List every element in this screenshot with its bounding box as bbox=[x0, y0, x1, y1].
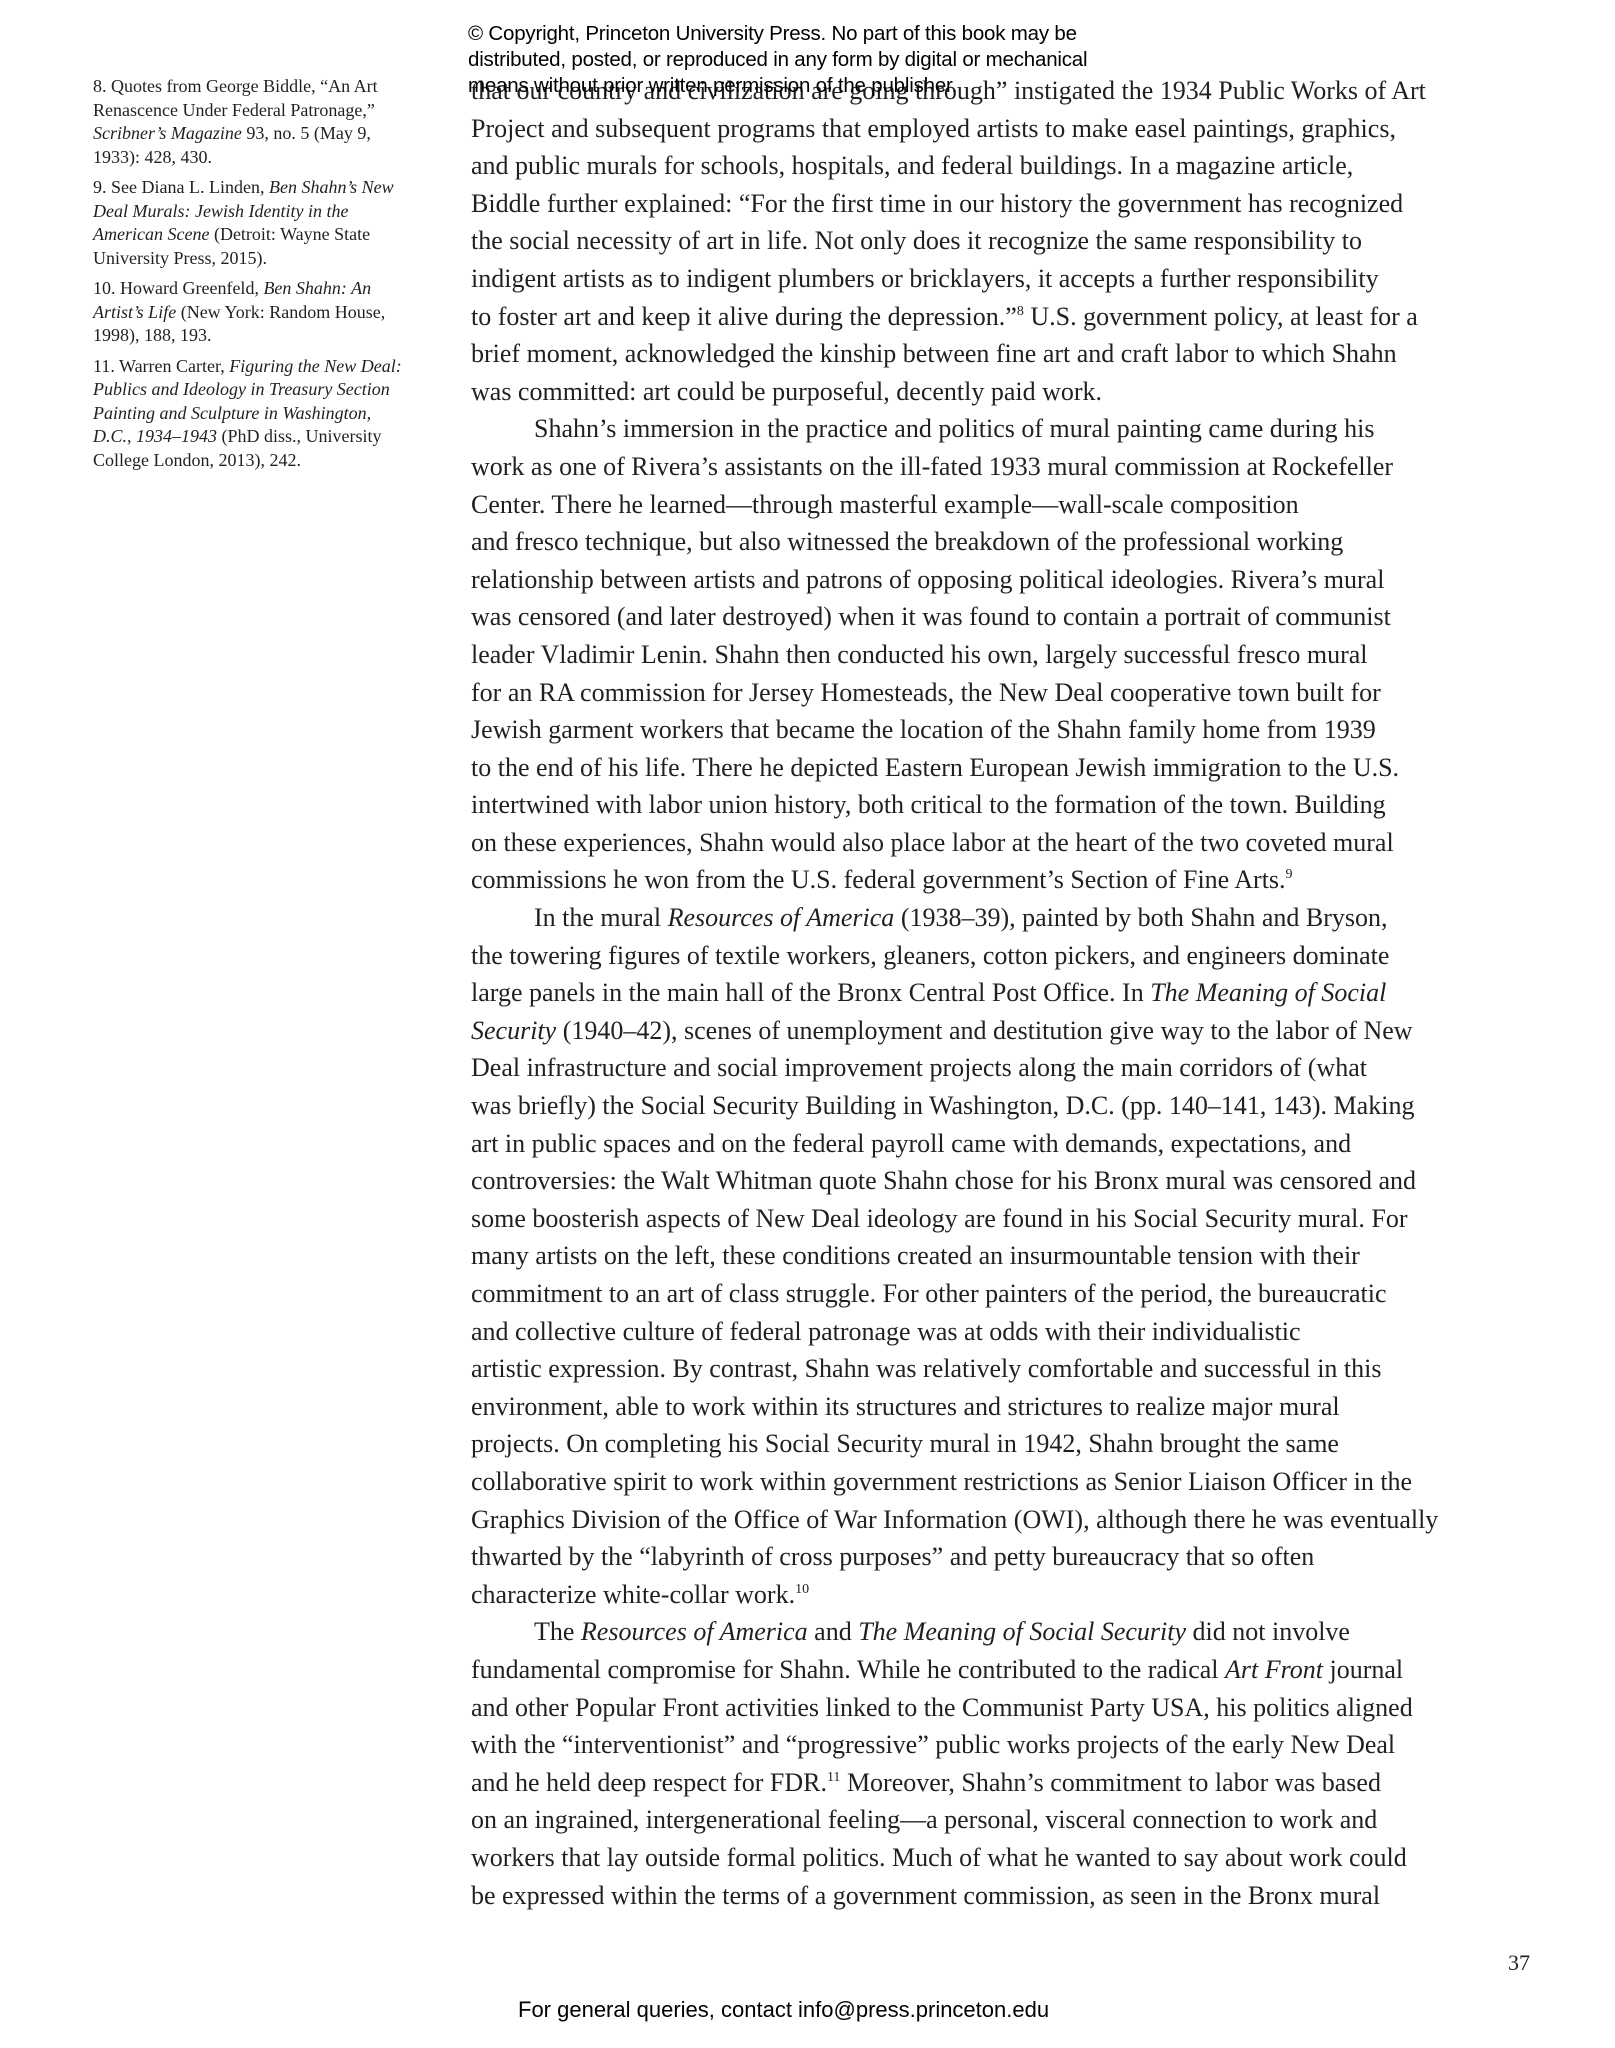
text-run: and public murals for schools, hospitals… bbox=[471, 151, 1353, 180]
text-line: with the “interventionist” and “progress… bbox=[471, 1726, 1571, 1764]
footnote-ref: 10 bbox=[795, 1582, 809, 1597]
text-run: Deal infrastructure and social improveme… bbox=[471, 1053, 1367, 1082]
text-line: and fresco technique, but also witnessed… bbox=[471, 523, 1571, 561]
contact-footer: For general queries, contact info@press.… bbox=[518, 1997, 1049, 2023]
text-line: on these experiences, Shahn would also p… bbox=[471, 824, 1571, 862]
text-line: Project and subsequent programs that emp… bbox=[471, 110, 1571, 148]
copyright-line: means without prior written permission o… bbox=[468, 73, 1188, 99]
text-line: on an ingrained, intergenerational feeli… bbox=[471, 1801, 1571, 1839]
text-line: was censored (and later destroyed) when … bbox=[471, 598, 1571, 636]
text-line: many artists on the left, these conditio… bbox=[471, 1237, 1571, 1275]
text-run: did not involve bbox=[1186, 1617, 1350, 1646]
footnote-text: Quotes from George Biddle, “An Art Renas… bbox=[93, 76, 378, 120]
text-run: collaborative spirit to work within gove… bbox=[471, 1467, 1412, 1496]
italic-title: Security bbox=[471, 1016, 556, 1045]
text-run: In the mural bbox=[534, 903, 668, 932]
text-line: environment, able to work within its str… bbox=[471, 1388, 1571, 1426]
text-run: with the “interventionist” and “progress… bbox=[471, 1730, 1395, 1759]
italic-title: The Meaning of Social Security bbox=[858, 1617, 1186, 1646]
text-run: (1938–39), painted by both Shahn and Bry… bbox=[894, 903, 1387, 932]
text-line: the towering figures of textile workers,… bbox=[471, 937, 1571, 975]
footnote-title: Scribner’s Magazine bbox=[93, 123, 242, 143]
italic-title: Resources of America bbox=[668, 903, 895, 932]
text-run: to foster art and keep it alive during t… bbox=[471, 302, 1017, 331]
text-line: some boosterish aspects of New Deal ideo… bbox=[471, 1200, 1571, 1238]
text-run: brief moment, acknowledged the kinship b… bbox=[471, 339, 1397, 368]
text-line: intertwined with labor union history, bo… bbox=[471, 786, 1571, 824]
text-run: and other Popular Front activities linke… bbox=[471, 1693, 1413, 1722]
text-run: the towering figures of textile workers,… bbox=[471, 941, 1389, 970]
italic-title: The Meaning of Social bbox=[1150, 978, 1386, 1007]
text-run: relationship between artists and patrons… bbox=[471, 565, 1384, 594]
text-line: be expressed within the terms of a gover… bbox=[471, 1877, 1571, 1915]
text-run: workers that lay outside formal politics… bbox=[471, 1843, 1407, 1872]
italic-title: Art Front bbox=[1225, 1655, 1323, 1684]
footnote-text: Warren Carter, bbox=[115, 356, 229, 376]
text-run: work as one of Rivera’s assistants on th… bbox=[471, 452, 1393, 481]
footnote-10: 10. Howard Greenfeld, Ben Shahn: An Arti… bbox=[93, 277, 413, 348]
text-run: to the end of his life. There he depicte… bbox=[471, 753, 1399, 782]
text-line: Graphics Division of the Office of War I… bbox=[471, 1501, 1571, 1539]
text-line: was briefly) the Social Security Buildin… bbox=[471, 1087, 1571, 1125]
main-body-text: that our country and civilization are go… bbox=[471, 72, 1571, 1914]
text-run: journal bbox=[1323, 1655, 1403, 1684]
copyright-notice: © Copyright, Princeton University Press.… bbox=[468, 21, 1188, 99]
copyright-line: © Copyright, Princeton University Press.… bbox=[468, 21, 1188, 47]
text-run: (1940–42), scenes of unemployment and de… bbox=[556, 1016, 1412, 1045]
text-line: characterize white-collar work.10 bbox=[471, 1576, 1571, 1614]
text-line: Shahn’s immersion in the practice and po… bbox=[471, 410, 1571, 448]
text-line: art in public spaces and on the federal … bbox=[471, 1125, 1571, 1163]
text-line: the social necessity of art in life. Not… bbox=[471, 222, 1571, 260]
text-line: and public murals for schools, hospitals… bbox=[471, 147, 1571, 185]
text-line: Jewish garment workers that became the l… bbox=[471, 711, 1571, 749]
text-run: was committed: art could be purposeful, … bbox=[471, 377, 1102, 406]
text-line: and collective culture of federal patron… bbox=[471, 1313, 1571, 1351]
text-line: and he held deep respect for FDR.11 More… bbox=[471, 1764, 1571, 1802]
text-run: and he held deep respect for FDR. bbox=[471, 1768, 827, 1797]
text-line: indigent artists as to indigent plumbers… bbox=[471, 260, 1571, 298]
text-line: artistic expression. By contrast, Shahn … bbox=[471, 1350, 1571, 1388]
text-line: was committed: art could be purposeful, … bbox=[471, 373, 1571, 411]
text-run: and fresco technique, but also witnessed… bbox=[471, 527, 1343, 556]
text-run: environment, able to work within its str… bbox=[471, 1392, 1340, 1421]
text-run: indigent artists as to indigent plumbers… bbox=[471, 264, 1379, 293]
footnote-8: 8. Quotes from George Biddle, “An Art Re… bbox=[93, 75, 413, 169]
page-number: 37 bbox=[1508, 1950, 1530, 1976]
text-line: Security (1940–42), scenes of unemployme… bbox=[471, 1012, 1571, 1050]
text-run: on an ingrained, intergenerational feeli… bbox=[471, 1805, 1377, 1834]
text-line: brief moment, acknowledged the kinship b… bbox=[471, 335, 1571, 373]
footnotes-column: 8. Quotes from George Biddle, “An Art Re… bbox=[93, 75, 413, 479]
footnote-number: 11. bbox=[93, 356, 115, 376]
text-line: workers that lay outside formal politics… bbox=[471, 1839, 1571, 1877]
text-line: large panels in the main hall of the Bro… bbox=[471, 974, 1571, 1012]
text-line: to foster art and keep it alive during t… bbox=[471, 298, 1571, 336]
text-run: leader Vladimir Lenin. Shahn then conduc… bbox=[471, 640, 1368, 669]
footnote-ref: 11 bbox=[827, 1770, 840, 1785]
text-line: The Resources of America and The Meaning… bbox=[471, 1613, 1571, 1651]
text-line: relationship between artists and patrons… bbox=[471, 561, 1571, 599]
footnote-text: Howard Greenfeld, bbox=[116, 278, 264, 298]
text-run: intertwined with labor union history, bo… bbox=[471, 790, 1386, 819]
footnote-text: See Diana L. Linden, bbox=[107, 177, 269, 197]
footnote-number: 9. bbox=[93, 177, 107, 197]
text-run: characterize white-collar work. bbox=[471, 1580, 795, 1609]
text-line: thwarted by the “labyrinth of cross purp… bbox=[471, 1538, 1571, 1576]
text-run: art in public spaces and on the federal … bbox=[471, 1129, 1351, 1158]
text-run: projects. On completing his Social Secur… bbox=[471, 1429, 1339, 1458]
footnote-9: 9. See Diana L. Linden, Ben Shahn’s New … bbox=[93, 176, 413, 270]
text-line: and other Popular Front activities linke… bbox=[471, 1689, 1571, 1727]
text-run: fundamental compromise for Shahn. While … bbox=[471, 1655, 1225, 1684]
footnote-number: 10. bbox=[93, 278, 116, 298]
text-run: Jewish garment workers that became the l… bbox=[471, 715, 1376, 744]
footnote-ref: 9 bbox=[1286, 867, 1293, 882]
text-run: and collective culture of federal patron… bbox=[471, 1317, 1301, 1346]
text-line: for an RA commission for Jersey Homestea… bbox=[471, 674, 1571, 712]
text-line: Biddle further explained: “For the first… bbox=[471, 185, 1571, 223]
text-run: Biddle further explained: “For the first… bbox=[471, 189, 1403, 218]
text-run: Shahn’s immersion in the practice and po… bbox=[534, 414, 1374, 443]
text-run: Moreover, Shahn’s commitment to labor wa… bbox=[840, 1768, 1381, 1797]
text-run: on these experiences, Shahn would also p… bbox=[471, 828, 1394, 857]
text-line: leader Vladimir Lenin. Shahn then conduc… bbox=[471, 636, 1571, 674]
text-line: commissions he won from the U.S. federal… bbox=[471, 861, 1571, 899]
text-run: commissions he won from the U.S. federal… bbox=[471, 865, 1286, 894]
text-run: many artists on the left, these conditio… bbox=[471, 1241, 1360, 1270]
text-run: was censored (and later destroyed) when … bbox=[471, 602, 1391, 631]
text-line: to the end of his life. There he depicte… bbox=[471, 749, 1571, 787]
text-run: and bbox=[808, 1617, 859, 1646]
italic-title: Resources of America bbox=[581, 1617, 808, 1646]
text-run: for an RA commission for Jersey Homestea… bbox=[471, 678, 1381, 707]
text-run: the social necessity of art in life. Not… bbox=[471, 226, 1362, 255]
footnote-number: 8. bbox=[93, 76, 107, 96]
text-line: fundamental compromise for Shahn. While … bbox=[471, 1651, 1571, 1689]
text-run: some boosterish aspects of New Deal ideo… bbox=[471, 1204, 1408, 1233]
text-line: Center. There he learned—through masterf… bbox=[471, 486, 1571, 524]
text-line: commitment to an art of class struggle. … bbox=[471, 1275, 1571, 1313]
text-line: projects. On completing his Social Secur… bbox=[471, 1425, 1571, 1463]
text-run: Graphics Division of the Office of War I… bbox=[471, 1505, 1438, 1534]
text-run: U.S. government policy, at least for a bbox=[1024, 302, 1418, 331]
text-line: work as one of Rivera’s assistants on th… bbox=[471, 448, 1571, 486]
footnote-11: 11. Warren Carter, Figuring the New Deal… bbox=[93, 355, 413, 473]
text-run: The bbox=[534, 1617, 581, 1646]
text-run: was briefly) the Social Security Buildin… bbox=[471, 1091, 1414, 1120]
footnote-ref: 8 bbox=[1017, 304, 1024, 319]
text-run: controversies: the Walt Whitman quote Sh… bbox=[471, 1166, 1416, 1195]
text-line: Deal infrastructure and social improveme… bbox=[471, 1049, 1571, 1087]
text-run: Center. There he learned—through masterf… bbox=[471, 490, 1299, 519]
text-line: In the mural Resources of America (1938–… bbox=[471, 899, 1571, 937]
text-line: controversies: the Walt Whitman quote Sh… bbox=[471, 1162, 1571, 1200]
text-run: be expressed within the terms of a gover… bbox=[471, 1881, 1380, 1910]
text-run: thwarted by the “labyrinth of cross purp… bbox=[471, 1542, 1314, 1571]
text-run: commitment to an art of class struggle. … bbox=[471, 1279, 1386, 1308]
text-run: Project and subsequent programs that emp… bbox=[471, 114, 1396, 143]
text-run: large panels in the main hall of the Bro… bbox=[471, 978, 1150, 1007]
text-line: collaborative spirit to work within gove… bbox=[471, 1463, 1571, 1501]
text-run: artistic expression. By contrast, Shahn … bbox=[471, 1354, 1382, 1383]
copyright-line: distributed, posted, or reproduced in an… bbox=[468, 47, 1188, 73]
